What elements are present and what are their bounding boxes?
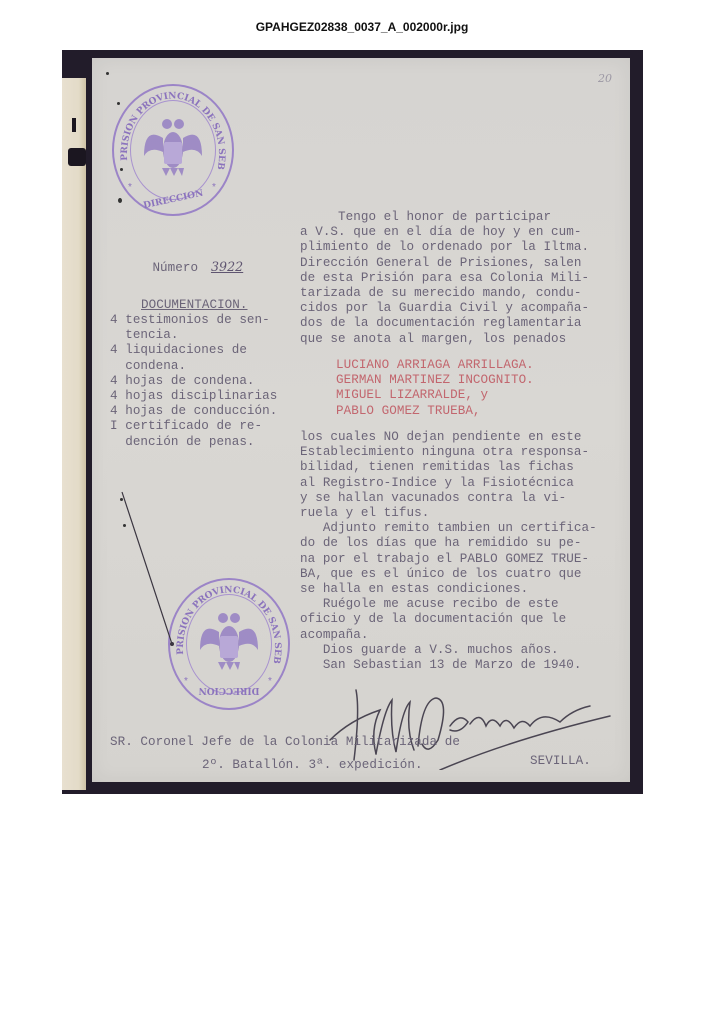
documentation-item: 4 hojas de conducción. <box>110 404 277 419</box>
documentation-item: dención de penas. <box>110 435 277 450</box>
body-paragraph-2: los cuales NO dejan pendiente en este Es… <box>300 430 597 673</box>
coat-of-arms-eagle-icon: PRISION PROVINCIAL DE SAN SEBASTIAN DIRE… <box>170 580 288 708</box>
documentation-list: 4 testimonios de sen- tencia. 4 liquidac… <box>110 313 277 450</box>
body-line: Dios guarde a V.S. muchos años. <box>300 643 597 658</box>
body-line: ruela y el tifus. <box>300 506 597 521</box>
punch-hole <box>106 72 109 75</box>
addressee-city: SEVILLA. <box>530 754 591 769</box>
pen-stroke-mark <box>116 488 186 658</box>
documentation-item: 4 liquidaciones de <box>110 343 277 358</box>
document-page: 20 PRISION PROVINCIAL DE SAN SEBASTIAN D… <box>92 58 630 782</box>
body-line: Adjunto remito tambien un certifica- <box>300 521 597 536</box>
body-line: tarizada de su merecido mando, condu- <box>300 286 589 301</box>
page-number: 20 <box>598 72 612 85</box>
documentation-item: condena. <box>110 359 277 374</box>
documentation-heading: DOCUMENTACION. <box>141 298 248 313</box>
svg-text:*: * <box>268 676 272 687</box>
file-title: GPAHGEZ02838_0037_A_002000r.jpg <box>0 20 724 34</box>
body-line: plimiento de lo ordenado por la Iltma. <box>300 240 589 255</box>
binding-mark <box>72 118 76 132</box>
body-line: bilidad, tienen remitidas las fichas <box>300 460 597 475</box>
body-line: al Registro-Indice y la Fisiotécnica <box>300 476 597 491</box>
body-line: cidos por la Guardia Civil y acompaña- <box>300 301 589 316</box>
binding-mark <box>68 148 86 166</box>
stamp-top: PRISION PROVINCIAL DE SAN SEBASTIAN DIRE… <box>112 84 234 216</box>
stamp-bottom: PRISION PROVINCIAL DE SAN SEBASTIAN DIRE… <box>168 578 290 710</box>
coat-of-arms-eagle-icon: PRISION PROVINCIAL DE SAN SEBASTIAN DIRE… <box>114 86 232 214</box>
body-line: a V.S. que en el día de hoy y en cum- <box>300 225 589 240</box>
prisoner-name: LUCIANO ARRIAGA ARRILLAGA. <box>336 358 534 373</box>
numero-field: Número3922 <box>122 244 256 292</box>
body-line: do de los días que ha remidido su pe- <box>300 536 597 551</box>
body-line: Establecimiento ninguna otra responsa- <box>300 445 597 460</box>
numero-label: Número <box>152 261 198 275</box>
addressee-line-1: SR. Coronel Jefe de la Colonia Militariz… <box>110 735 460 750</box>
body-line: acompaña. <box>300 628 597 643</box>
body-line: y se hallan vacunados contra la vi- <box>300 491 597 506</box>
body-line: Dirección General de Prisiones, salen <box>300 256 589 271</box>
documentation-item: 4 hojas disciplinarias <box>110 389 277 404</box>
body-line: los cuales NO dejan pendiente en este <box>300 430 597 445</box>
svg-text:*: * <box>212 182 216 193</box>
addressee-line-2: 2º. Batallón. 3ª. expedición. <box>202 758 423 773</box>
numero-value: 3922 <box>198 259 256 274</box>
body-line: se halla en estas condiciones. <box>300 582 597 597</box>
body-line: que se anota al margen, los penados <box>300 332 589 347</box>
prisoner-name: MIGUEL LIZARRALDE, y <box>336 388 534 403</box>
prisoner-list: LUCIANO ARRIAGA ARRILLAGA. GERMAN MARTIN… <box>336 358 534 419</box>
documentation-item: tencia. <box>110 328 277 343</box>
svg-text:DIRECCION: DIRECCION <box>199 685 260 695</box>
svg-text:DIRECCION: DIRECCION <box>143 189 205 211</box>
body-line: de esta Prisión para esa Colonia Mili- <box>300 271 589 286</box>
documentation-item: I certificado de re- <box>110 419 277 434</box>
body-line: Ruégole me acuse recibo de este <box>300 597 597 612</box>
body-line: BA, que es el único de los cuatro que <box>300 567 597 582</box>
back-sheet-edge <box>62 78 86 790</box>
documentation-item: 4 hojas de condena. <box>110 374 277 389</box>
svg-text:*: * <box>128 182 132 193</box>
documentation-item: 4 testimonios de sen- <box>110 313 277 328</box>
body-line: oficio y de la documentación que le <box>300 612 597 627</box>
prisoner-name: GERMAN MARTINEZ INCOGNITO. <box>336 373 534 388</box>
body-line: na por el trabajo el PABLO GOMEZ TRUE- <box>300 552 597 567</box>
body-line: dos de la documentación reglamentaria <box>300 316 589 331</box>
svg-text:*: * <box>184 676 188 687</box>
body-paragraph-1: Tengo el honor de participar a V.S. que … <box>300 210 589 347</box>
body-line: Tengo el honor de participar <box>300 210 589 225</box>
prisoner-name: PABLO GOMEZ TRUEBA, <box>336 404 534 419</box>
